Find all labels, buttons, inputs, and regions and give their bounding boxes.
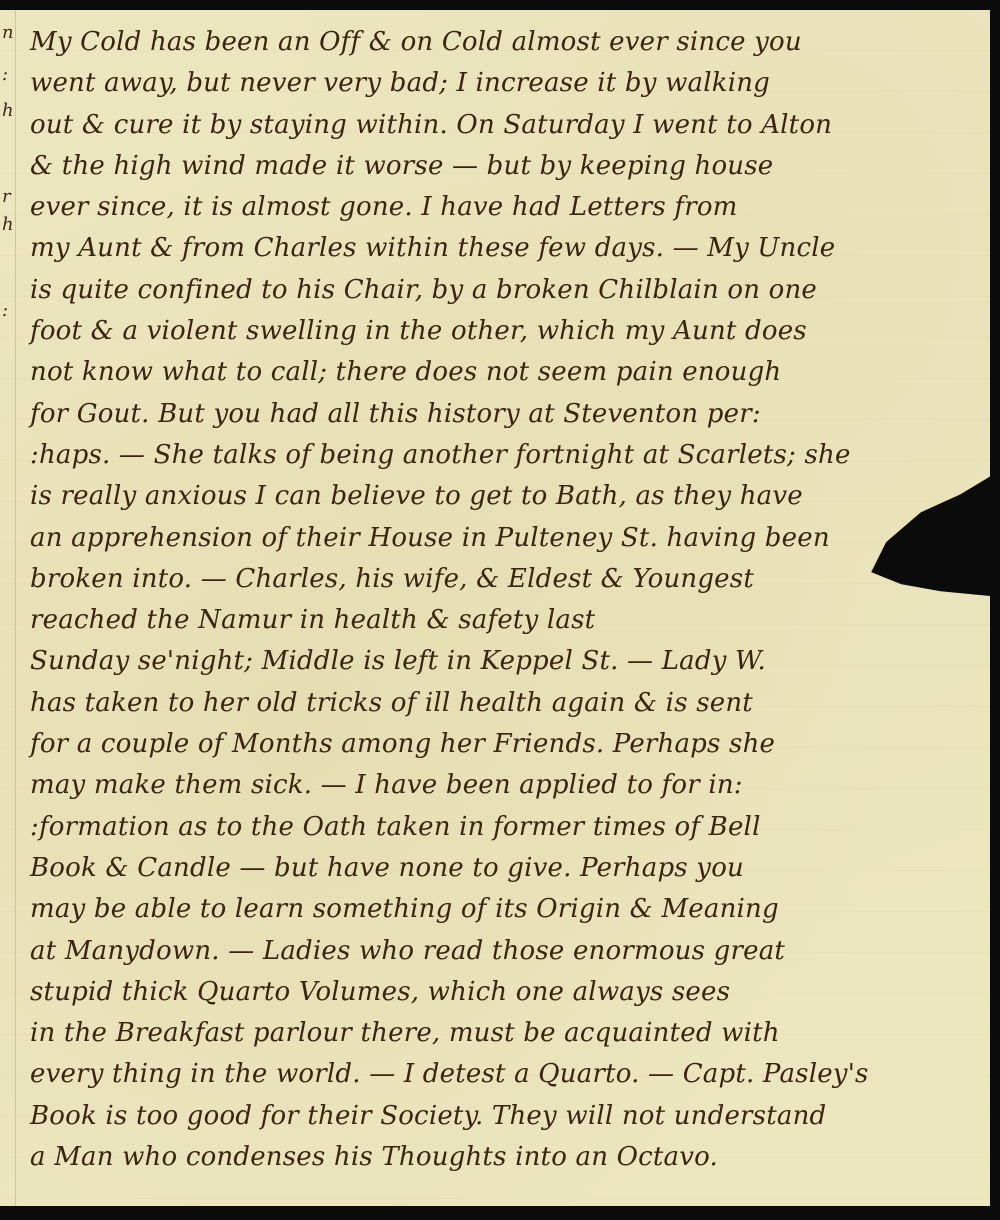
letter-line: in the Breakfast parlour there, must be … [30, 1013, 980, 1054]
letter-line: Book & Candle — but have none to give. P… [30, 848, 980, 889]
letter-line: Sunday se'night; Middle is left in Keppe… [30, 641, 980, 682]
margin-mark: h [2, 100, 14, 121]
letter-line: an apprehension of their House in Pulten… [30, 518, 980, 559]
letter-line: reached the Namur in health & safety las… [30, 600, 980, 641]
letter-line: broken into. — Charles, his wife, & Elde… [30, 559, 980, 600]
letter-line: is quite confined to his Chair, by a bro… [30, 270, 980, 311]
letter-line: my Aunt & from Charles within these few … [30, 228, 980, 269]
letter-line: :formation as to the Oath taken in forme… [30, 807, 980, 848]
margin-mark: n [2, 22, 14, 43]
letter-line: may be able to learn something of its Or… [30, 889, 980, 930]
letter-line: a Man who condenses his Thoughts into an… [30, 1137, 980, 1178]
letter-line: for a couple of Months among her Friends… [30, 724, 980, 765]
letter-line: out & cure it by staying within. On Satu… [30, 105, 980, 146]
margin-mark: : [2, 300, 8, 321]
letter-line: at Manydown. — Ladies who read those eno… [30, 931, 980, 972]
letter-line: not know what to call; there does not se… [30, 352, 980, 393]
letter-line: stupid thick Quarto Volumes, which one a… [30, 972, 980, 1013]
page-fold-line [15, 10, 16, 1206]
letter-line: & the high wind made it worse — but by k… [30, 146, 980, 187]
letter-line: has taken to her old tricks of ill healt… [30, 683, 980, 724]
letter-line: Book is too good for their Society. They… [30, 1096, 980, 1137]
letter-line: My Cold has been an Off & on Cold almost… [30, 22, 980, 63]
letter-line: :haps. — She talks of being another fort… [30, 435, 980, 476]
letter-line: ever since, it is almost gone. I have ha… [30, 187, 980, 228]
letter-line: for Gout. But you had all this history a… [30, 394, 980, 435]
letter-line: every thing in the world. — I detest a Q… [30, 1054, 980, 1095]
letter-line: is really anxious I can believe to get t… [30, 476, 980, 517]
margin-mark: r [2, 186, 11, 207]
letter-line: went away, but never very bad; I increas… [30, 63, 980, 104]
letter-line: may make them sick. — I have been applie… [30, 765, 980, 806]
margin-mark: h [2, 214, 14, 235]
margin-mark: : [2, 64, 8, 85]
letter-line: foot & a violent swelling in the other, … [30, 311, 980, 352]
letter-body: My Cold has been an Off & on Cold almost… [30, 22, 980, 1178]
